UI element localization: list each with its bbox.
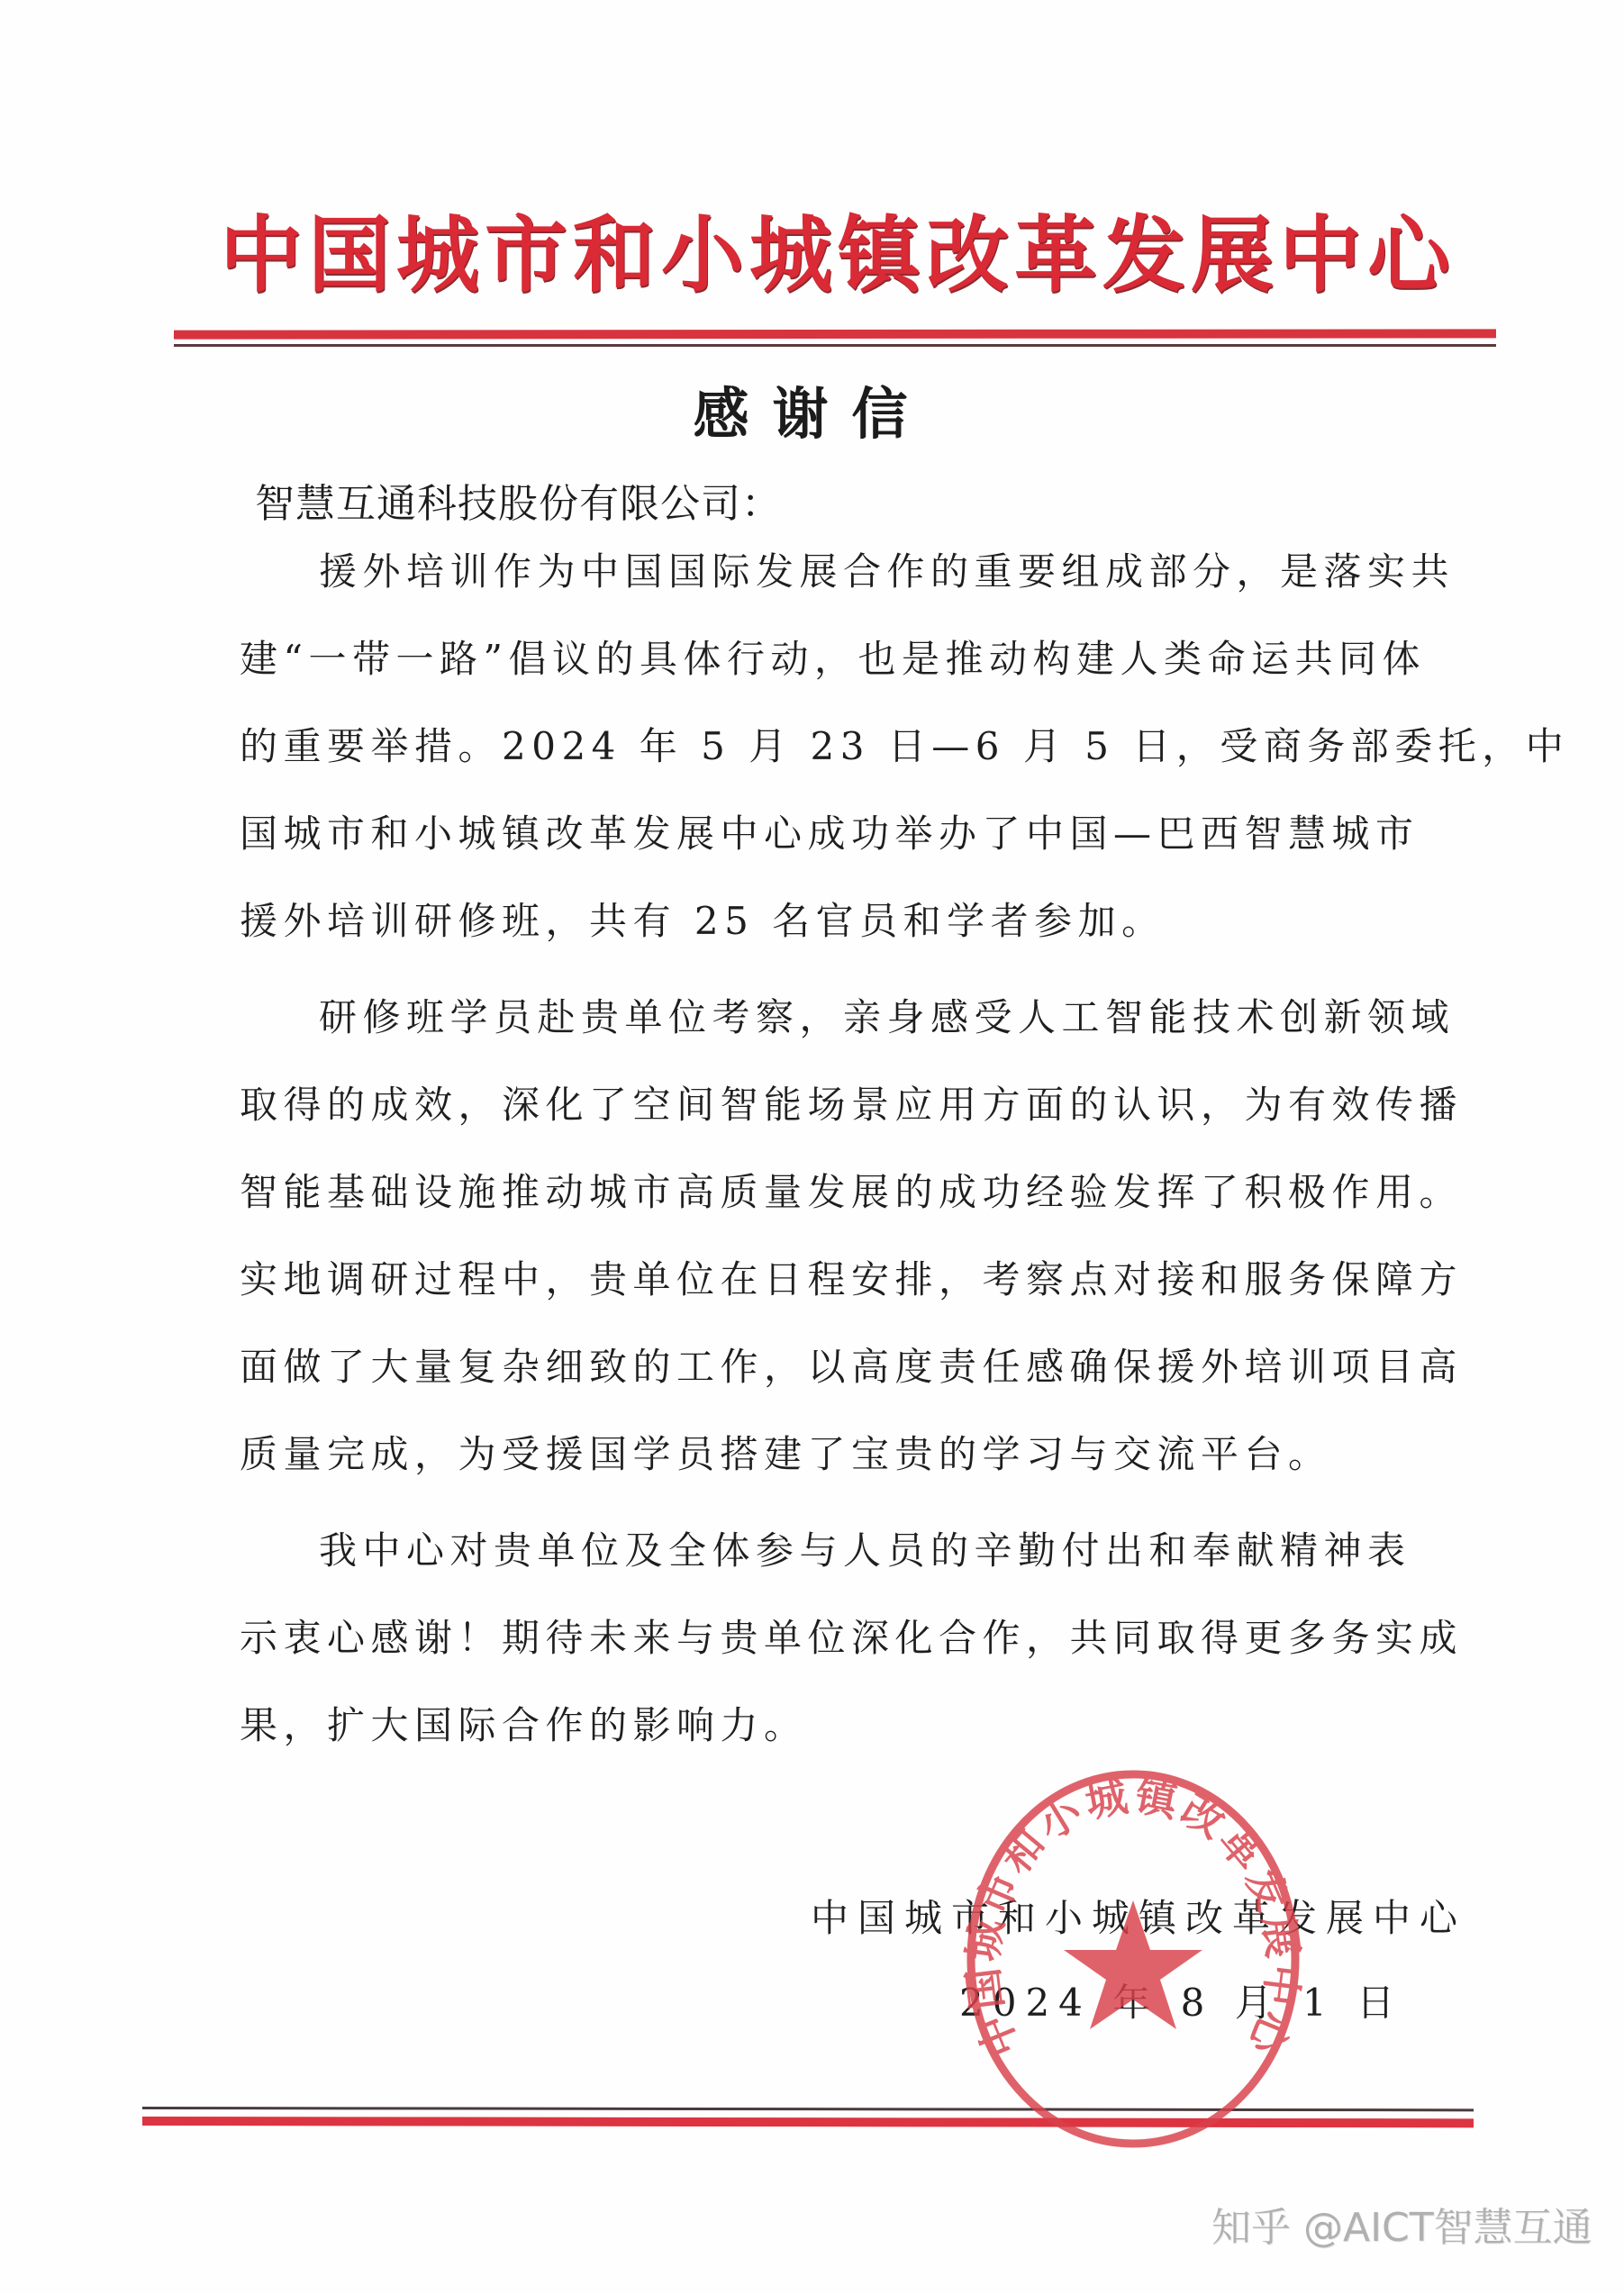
signature-organization: 中国城市和小城镇改革发展中心 <box>811 1891 1466 1945</box>
footer-thin-rule <box>142 2107 1474 2111</box>
letter-title: 感谢信 <box>0 378 1624 450</box>
letterhead-thin-rule <box>174 344 1496 347</box>
paragraph-line: 果，扩大国际合作的影响力。 <box>240 1699 808 1753</box>
paragraph-line: 智能基础设施推动城市高质量发展的成功经验发挥了积极作用。 <box>240 1165 1463 1220</box>
official-seal-icon: 中国城市和小城镇改革发展中心 <box>957 1765 1309 2153</box>
paragraph-line: 研修班学员赴贵单位考察，亲身感受人工智能技术创新领域 <box>319 991 1455 1045</box>
footer-red-rule <box>142 2117 1474 2127</box>
letterhead-organization-name: 中国城市和小城镇改革发展中心 <box>180 205 1495 304</box>
paragraph-line: 援外培训研修班，共有 25 名官员和学者参加。 <box>240 894 1166 948</box>
paragraph-line: 国城市和小城镇改革发展中心成功举办了中国—巴西智慧城市 <box>240 807 1420 861</box>
signature-date: 2024 年 8 月 1 日 <box>959 1976 1403 2030</box>
letter-page: 中国城市和小城镇改革发展中心 感谢信 智慧互通科技股份有限公司： 援外培训作为中… <box>0 0 1624 2294</box>
paragraph-line: 质量完成，为受援国学员搭建了宝贵的学习与交流平台。 <box>240 1428 1332 1482</box>
paragraph-line: 的重要举措。2024 年 5 月 23 日—6 月 5 日，受商务部委托，中 <box>240 720 1569 774</box>
paragraph-line: 示衷心感谢！期待未来与贵单位深化合作，共同取得更多务实成 <box>240 1611 1463 1665</box>
paragraph-line: 取得的成效，深化了空间智能场景应用方面的认识，为有效传播 <box>240 1078 1463 1132</box>
paragraph-line: 援外培训作为中国国际发展合作的重要组成部分，是落实共 <box>319 545 1455 599</box>
letter-salutation: 智慧互通科技股份有限公司： <box>255 477 782 531</box>
paragraph-line: 我中心对贵单位及全体参与人员的辛勤付出和奉献精神表 <box>319 1524 1411 1578</box>
letterhead-red-rule <box>174 329 1496 339</box>
paragraph-line: 面做了大量复杂细致的工作，以高度责任感确保援外培训项目高 <box>240 1340 1463 1394</box>
paragraph-line: 建“一带一路”倡议的具体行动，也是推动构建人类命运共同体 <box>240 632 1426 686</box>
paragraph-line: 实地调研过程中，贵单位在日程安排，考察点对接和服务保障方 <box>240 1253 1463 1307</box>
zhihu-watermark: 知乎 @AICT智慧互通 <box>1211 2203 1592 2253</box>
